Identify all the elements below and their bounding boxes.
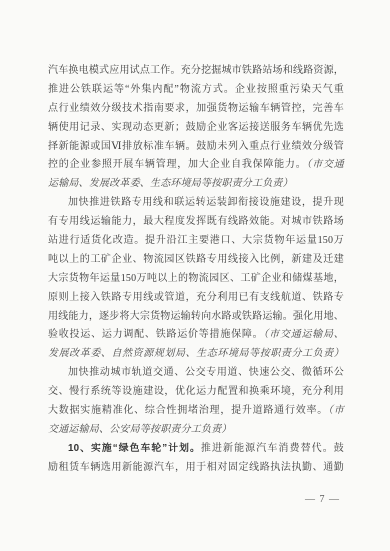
text-segment-normal: 辆使用记录、实现动态更新；鼓励企业客运接送服务车辆优先选 [48,122,344,133]
text-line: 吨以上的工矿企业、物流园区铁路专用线接入比例，新建及迁建 [48,251,344,270]
text-line: 站进行适货化改造。提升沿江主要港口、大宗货物年运量150万 [48,232,344,251]
text-segment-kai: （市 [328,405,344,416]
text-segment-normal: 汽车换电模式应用试点工作。充分挖掘城市铁路站场和线路资源， [48,65,344,76]
text-segment-normal: 加快推动城市轨道交通、公交专用道、快速公交、微循环公 [68,367,344,378]
text-segment-normal: 大数据实施精准化、综合性拥堵治理，提升道路通行效率。 [48,405,328,416]
text-line: 大宗货物年运量150万吨以上的物流园区、工矿企业和储煤基地， [48,270,344,289]
text-segment-normal: 推进公铁联运等“外集内配”物流方式。企业按照重污染天气重 [48,84,344,95]
text-line: 汽车换电模式应用试点工作。充分挖掘城市铁路站场和线路资源， [48,62,344,81]
document-page: 汽车换电模式应用试点工作。充分挖掘城市铁路站场和线路资源，推进公铁联运等“外集内… [0,0,390,551]
text-line: 有专用线运输能力，最大程度发挥既有线路效能。对城市铁路场 [48,213,344,232]
text-segment-normal: 原则上接入铁路专用线或管道，充分利用已有支线航道、铁路专 [48,292,344,303]
text-segment-normal: 推进新能源汽车消费替代。鼓 [201,443,344,454]
text-segment-normal: 吨以上的工矿企业、物流园区铁路专用线接入比例，新建及迁建 [48,254,344,265]
text-segment-bold: 10、实施“绿色车轮”计划。 [68,443,201,454]
text-line: 控的企业参照开展车辆管理，加大企业自我保障能力。（市交通 [48,156,344,175]
text-segment-normal: 点行业绩效分级技术指南要求，加强货物运输车辆管控，完善车 [48,103,344,114]
text-line: 10、实施“绿色车轮”计划。推进新能源汽车消费替代。鼓 [48,440,344,459]
text-segment-kai: （市交通 [306,159,344,170]
text-segment-kai: 发展改革委、自然资源规划局、生态环境局等按职责分工负责） [48,348,344,359]
text-line: 交、慢行系统等设施建设，优化运力配置和换乘环境，充分利用 [48,383,344,402]
text-line: 点行业绩效分级技术指南要求，加强货物运输车辆管控，完善车 [48,100,344,119]
text-segment-normal: 大宗货物年运量150万吨以上的物流园区、工矿企业和储煤基地， [48,273,344,284]
text-line: 励租赁车辆选用新能源汽车，用于相对固定线路执法执勤、通勤 [48,459,344,478]
text-segment-normal: 站进行适货化改造。提升沿江主要港口、大宗货物年运量150万 [48,235,344,246]
text-segment-normal: 控的企业参照开展车辆管理，加大企业自我保障能力。 [48,159,306,170]
page-number: — 7 — [305,494,340,505]
text-line: 交通运输局、公安局等按职责分工负责） [48,421,344,440]
text-line: 用线能力，逐步将大宗货物运输转向水路或铁路运输。强化用地、 [48,308,344,327]
text-segment-normal: 用线能力，逐步将大宗货物运输转向水路或铁路运输。强化用地、 [48,311,344,322]
text-line: 发展改革委、自然资源规划局、生态环境局等按职责分工负责） [48,345,344,364]
text-line: 辆使用记录、实现动态更新；鼓励企业客运接送服务车辆优先选 [48,119,344,138]
text-line: 大数据实施精准化、综合性拥堵治理，提升道路通行效率。（市 [48,402,344,421]
text-line: 原则上接入铁路专用线或管道，充分利用已有支线航道、铁路专 [48,289,344,308]
text-line: 推进公铁联运等“外集内配”物流方式。企业按照重污染天气重 [48,81,344,100]
text-line: 择新能源或国Ⅵ排放标准车辆。鼓励未列入重点行业绩效分级管 [48,138,344,157]
text-line: 运输局、发展改革委、生态环境局等按职责分工负责） [48,175,344,194]
text-segment-normal: 有专用线运输能力，最大程度发挥既有线路效能。对城市铁路场 [48,216,344,227]
text-line: 加快推动城市轨道交通、公交专用道、快速公交、微循环公 [48,364,344,383]
text-segment-kai: （市交通运输局、 [263,329,344,340]
text-block: 汽车换电模式应用试点工作。充分挖掘城市铁路站场和线路资源，推进公铁联运等“外集内… [48,62,344,478]
text-segment-normal: 励租赁车辆选用新能源汽车，用于相对固定线路执法执勤、通勤 [48,462,344,473]
text-line: 加快推进铁路专用线和联运转运装卸衔接设施建设，提升现 [48,194,344,213]
text-segment-kai: 运输局、发展改革委、生态环境局等按职责分工负责） [48,178,293,189]
text-segment-normal: 加快推进铁路专用线和联运转运装卸衔接设施建设，提升现 [68,197,344,208]
text-line: 验收投运、运力调配、铁路运价等措施保障。（市交通运输局、 [48,326,344,345]
text-segment-normal: 择新能源或国Ⅵ排放标准车辆。鼓励未列入重点行业绩效分级管 [48,141,344,152]
text-segment-kai: 交通运输局、公安局等按职责分工负责） [48,424,232,435]
text-segment-normal: 交、慢行系统等设施建设，优化运力配置和换乘环境，充分利用 [48,386,344,397]
text-segment-normal: 验收投运、运力调配、铁路运价等措施保障。 [48,329,263,340]
